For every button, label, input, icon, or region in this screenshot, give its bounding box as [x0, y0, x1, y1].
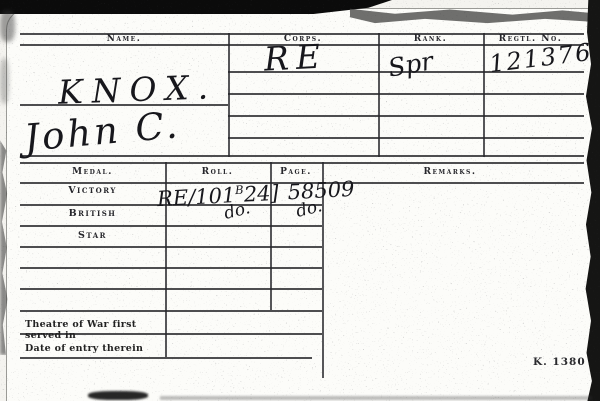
grid-line-horizontal	[20, 267, 322, 269]
scan-left-blob	[0, 58, 9, 104]
theatre-of-war-label: Theatre of War first served in	[25, 319, 170, 341]
page-value-handwriting: 58509	[287, 177, 355, 204]
scan-bottom-blob	[88, 391, 148, 400]
grid-line-vertical	[483, 33, 485, 157]
remarks-column-header: Remarks.	[322, 167, 578, 177]
grid-line-horizontal	[228, 115, 584, 117]
form-code: K. 1380	[533, 356, 586, 368]
surname-handwriting: KNOX.	[57, 67, 217, 112]
roll-column-header: Roll.	[165, 167, 270, 177]
medal-row-victory: Victory	[20, 186, 165, 196]
grid-line-horizontal	[20, 246, 322, 248]
name-column-header: Name.	[20, 34, 228, 44]
grid-line-horizontal	[20, 225, 322, 227]
grid-line-horizontal	[228, 137, 584, 139]
scan-corner-speckle	[0, 10, 15, 42]
grid-line-horizontal	[20, 310, 322, 312]
rank-column-header: Rank.	[378, 34, 483, 44]
grid-line-horizontal	[20, 155, 584, 157]
medal-row-british: British	[20, 209, 165, 219]
corps-value-handwriting: RE	[263, 36, 328, 78]
grid-line-vertical	[378, 33, 380, 157]
page-column-header: Page.	[270, 167, 322, 177]
grid-line-horizontal	[20, 357, 312, 359]
grid-line-vertical	[228, 33, 230, 157]
medal-row-star: Star	[20, 231, 165, 241]
scan-bottom-edge-line	[160, 396, 592, 400]
grid-line-horizontal	[228, 93, 584, 95]
date-of-entry-label: Date of entry therein	[25, 343, 165, 354]
grid-line-horizontal	[20, 288, 322, 290]
grid-line-horizontal	[20, 162, 584, 164]
scanned-medal-index-card: Name. Corps. Rank. Regtl. No. Medal. Rol…	[0, 0, 600, 401]
medal-column-header: Medal.	[20, 167, 165, 177]
